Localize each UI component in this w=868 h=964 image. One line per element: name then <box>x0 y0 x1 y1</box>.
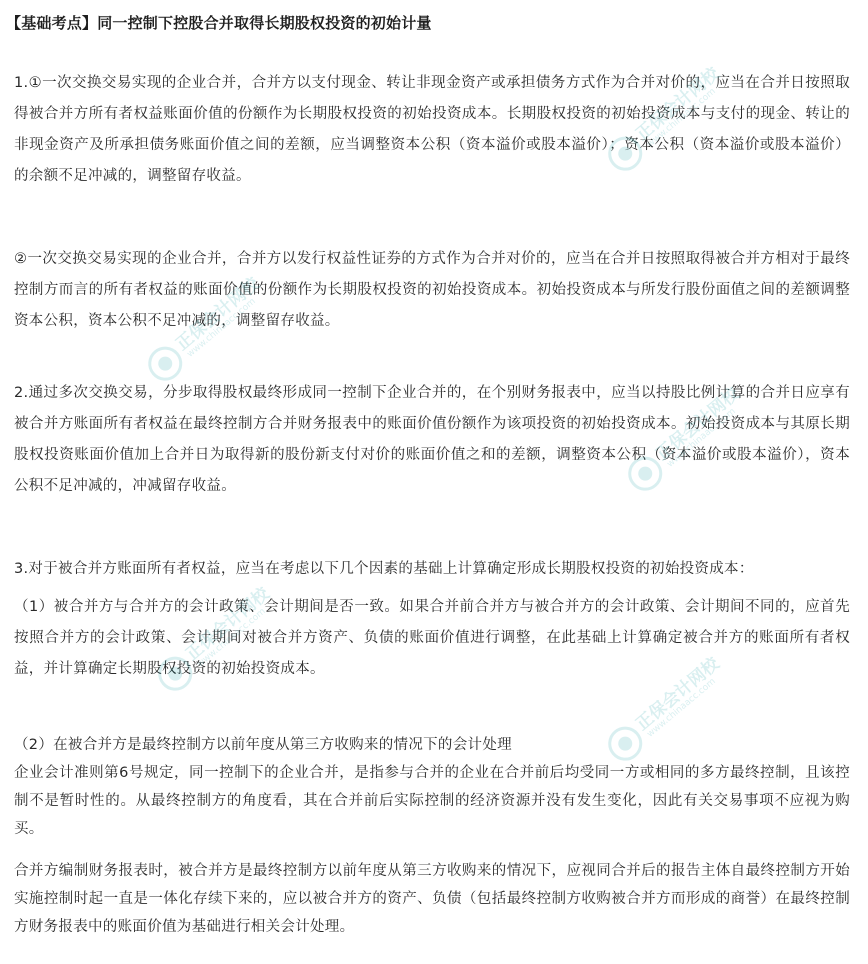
paragraph-1-2: ②一次交换交易实现的企业合并，合并方以发行权益性证券的方式作为合并对价的，应当在… <box>14 244 850 337</box>
paragraph-3-1: （1）被合并方与合并方的会计政策、会计期间是否一致。如果合并前合并方与被合并方的… <box>14 592 850 685</box>
paragraph-3: 3.对于被合并方账面所有者权益，应当在考虑以下几个因素的基础上计算确定形成长期股… <box>14 554 850 585</box>
document-title: 【基础考点】同一控制下控股合并取得长期股权投资的初始计量 <box>6 12 432 33</box>
paragraph-3-2-body-2: 合并方编制财务报表时，被合并方是最终控制方以前年度从第三方收购来的情况下，应视同… <box>14 857 850 941</box>
paragraph-1-1: 1.①一次交换交易实现的企业合并，合并方以支付现金、转让非现金资产或承担债务方式… <box>14 68 850 192</box>
paragraph-3-2-heading: （2）在被合并方是最终控制方以前年度从第三方收购来的情况下的会计处理 <box>14 731 850 759</box>
paragraph-3-2-body-1: 企业会计准则第6号规定，同一控制下的企业合并，是指参与合并的企业在合并前后均受同… <box>14 759 850 843</box>
paragraph-2: 2.通过多次交换交易，分步取得股权最终形成同一控制下企业合并的，在个别财务报表中… <box>14 378 850 502</box>
document-page: 【基础考点】同一控制下控股合并取得长期股权投资的初始计量 1.①一次交换交易实现… <box>0 0 868 964</box>
